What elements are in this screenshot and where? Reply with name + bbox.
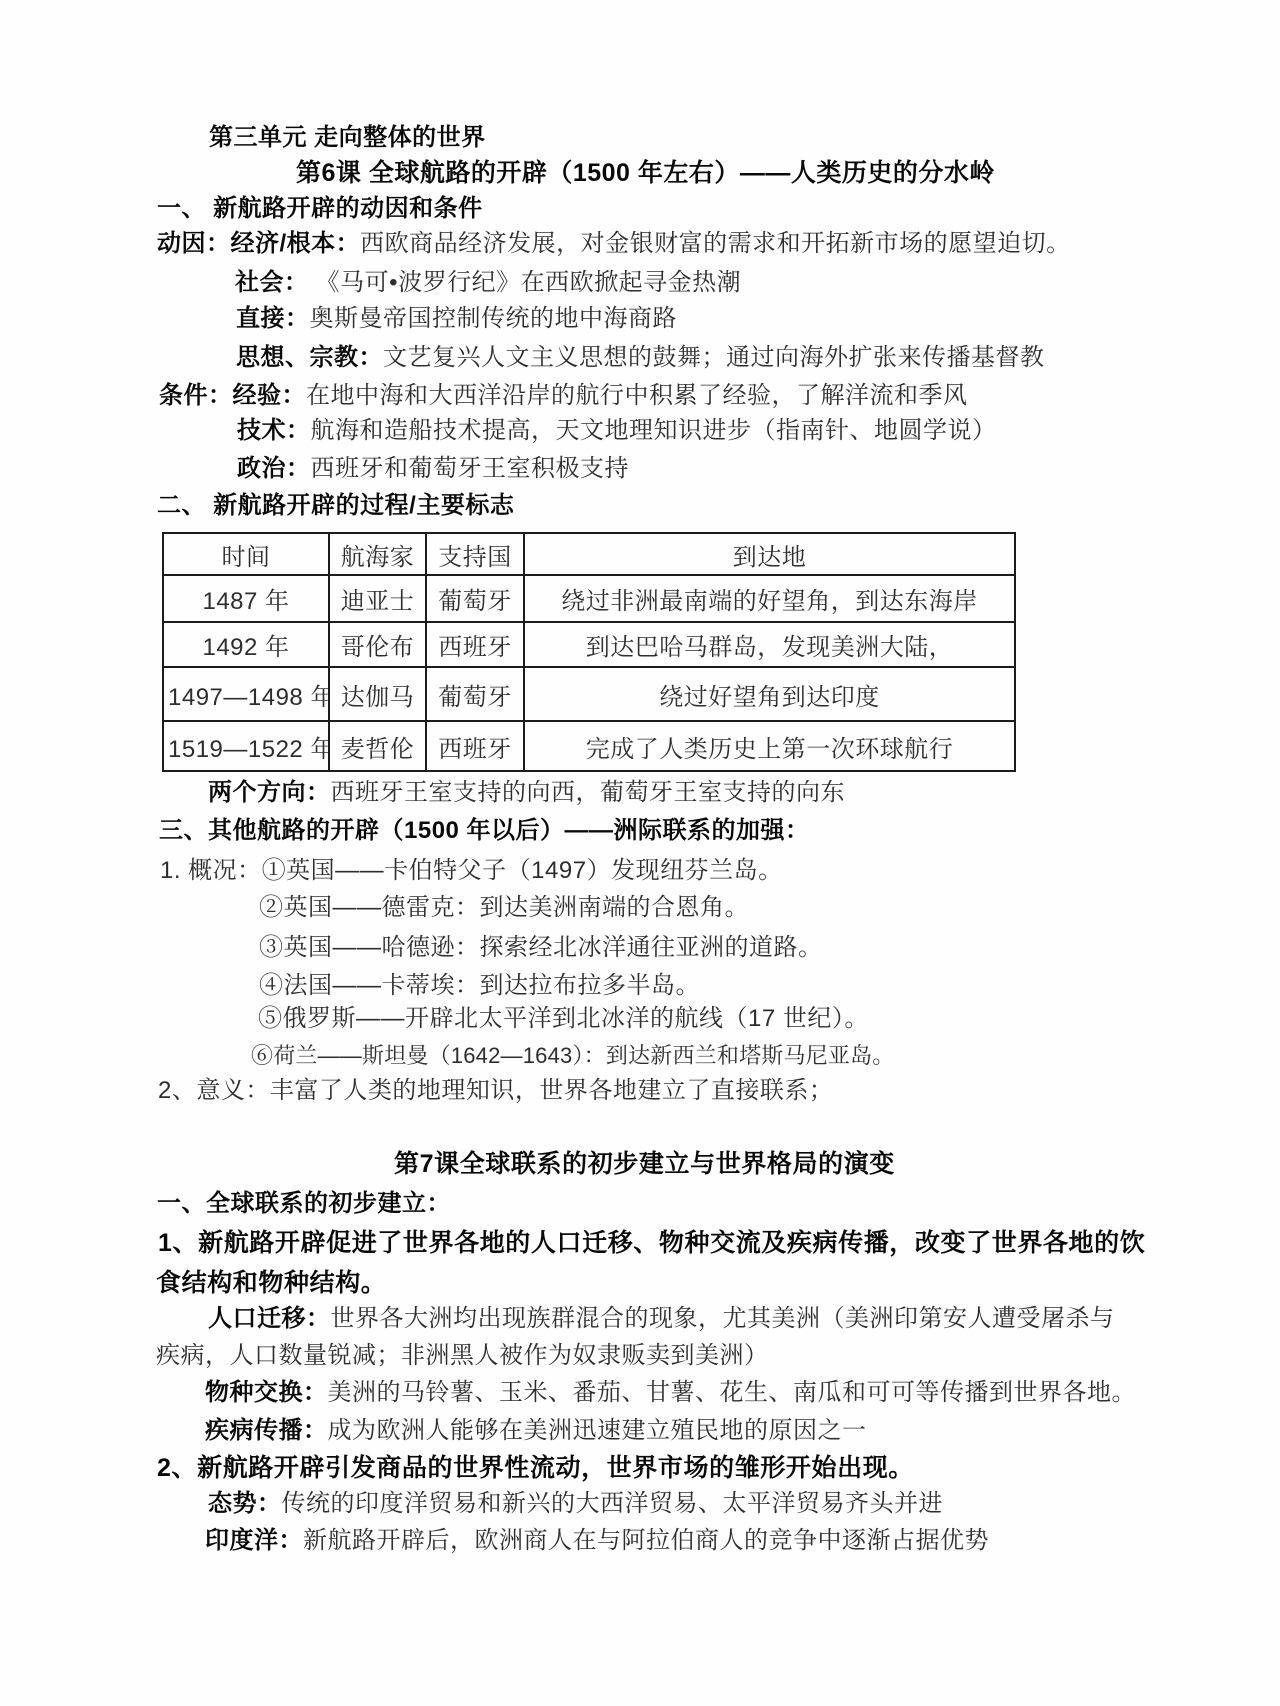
trend-label: 态势： xyxy=(208,1490,282,1517)
point1-line1: 1、新航路开辟促进了世界各地的人口迁移、物种交流及疾病传播，改变了世界各地的饮 xyxy=(158,1228,1145,1258)
migration-continuation: 疾病，人口数量锐减；非洲黑人被作为奴隶贩卖到美洲） xyxy=(156,1341,769,1371)
migration-label: 人口迁移： xyxy=(208,1305,331,1332)
condition-experience-label: 条件：经验： xyxy=(159,382,306,409)
motive-thought-label: 思想、宗教： xyxy=(236,344,383,371)
disease-spread-line: 疾病传播：成为欧洲人能够在美洲迅速建立殖民地的原因之一 xyxy=(205,1416,867,1446)
condition-tech-text: 航海和造船技术提高，天文地理知识进步（指南针、地圆学说） xyxy=(311,417,997,444)
condition-politics-line: 政治：西班牙和葡萄牙王室积极支持 xyxy=(237,454,629,484)
trend-line: 态势：传统的印度洋贸易和新兴的大西洋贸易、太平洋贸易齐头并进 xyxy=(208,1489,943,1519)
condition-experience-text: 在地中海和大西洋沿岸的航行中积累了经验，了解洋流和季风 xyxy=(306,382,968,409)
route-item-6: ⑥荷兰——斯坦曼（1642—1643）：到达新西兰和塔斯马尼亚岛。 xyxy=(251,1041,894,1071)
condition-politics-label: 政治： xyxy=(237,455,311,482)
header-navigator: 航海家 xyxy=(329,533,426,575)
two-directions-label: 两个方向： xyxy=(208,779,331,806)
table-row: 1519—1522 年 麦哲伦 西班牙 完成了人类历史上第一次环球航行 xyxy=(163,721,1015,771)
species-exchange-line: 物种交换：美洲的马铃薯、玉米、番茄、甘薯、花生、南瓜和可可等传播到世界各地。 xyxy=(205,1378,1136,1408)
species-exchange-label: 物种交换： xyxy=(205,1379,328,1406)
section2-heading: 二、 新航路开辟的过程/主要标志 xyxy=(157,491,514,521)
cell-destination: 到达巴哈马群岛，发现美洲大陆， xyxy=(524,622,1015,667)
two-directions-text: 西班牙王室支持的向西，葡萄牙王室支持的向东 xyxy=(331,779,846,806)
motive-direct-label: 直接： xyxy=(236,305,310,332)
motive-social-text: 《马可•波罗行纪》在西欧掀起寻金热潮 xyxy=(316,269,741,296)
voyages-table: 时间 航海家 支持国 到达地 1487 年 迪亚士 葡萄牙 绕过非洲最南端的好望… xyxy=(162,532,1016,772)
header-sponsor: 支持国 xyxy=(426,533,524,575)
motive-social-line: 社会： 《马可•波罗行纪》在西欧掀起寻金热潮 xyxy=(235,268,741,298)
disease-spread-label: 疾病传播： xyxy=(205,1417,328,1444)
disease-spread-text: 成为欧洲人能够在美洲迅速建立殖民地的原因之一 xyxy=(328,1417,867,1444)
cell-destination-boxed: 完成了人类历史上第一次环球航行 xyxy=(524,721,1015,771)
table-row: 1492 年 哥伦布 西班牙 到达巴哈马群岛，发现美洲大陆， xyxy=(163,622,1015,667)
cell-navigator: 达伽马 xyxy=(329,667,426,721)
overview-label: 1. 概况： xyxy=(160,857,262,884)
significance-line: 2、意义：丰富了人类的地理知识，世界各地建立了直接联系； xyxy=(158,1076,833,1106)
cell-navigator: 麦哲伦 xyxy=(329,721,426,771)
cell-navigator: 哥伦布 xyxy=(329,622,426,667)
table-row: 1487 年 迪亚士 葡萄牙 绕过非洲最南端的好望角，到达东海岸 xyxy=(163,575,1015,622)
section1-heading: 一、 新航路开辟的动因和条件 xyxy=(157,194,483,224)
route-item-4: ④法国——卡蒂埃：到达拉布拉多半岛。 xyxy=(259,971,700,1001)
table-row: 1497—1498 年 达伽马 葡萄牙 绕过好望角到达印度 xyxy=(163,667,1015,721)
cell-sponsor: 葡萄牙 xyxy=(426,667,524,721)
cell-destination: 绕过好望角到达印度 xyxy=(524,667,1015,721)
two-directions-line: 两个方向：西班牙王室支持的向西，葡萄牙王室支持的向东 xyxy=(208,778,845,808)
route-item-5: ⑤俄罗斯——开辟北太平洋到北冰洋的航线（17 世纪）。 xyxy=(258,1004,869,1034)
lesson6-title: 第6课 全球航路的开辟（1500 年左右）——人类历史的分水岭 xyxy=(296,158,995,188)
motive-economic-label: 动因：经济/根本： xyxy=(157,230,360,257)
header-time: 时间 xyxy=(163,533,329,575)
cell-sponsor: 葡萄牙 xyxy=(426,575,524,622)
unit-title: 第三单元 走向整体的世界 xyxy=(209,123,486,153)
table-header-row: 时间 航海家 支持国 到达地 xyxy=(163,533,1015,575)
cell-time: 1519—1522 年 xyxy=(163,721,329,771)
cell-navigator: 迪亚士 xyxy=(329,575,426,622)
lesson7-section1-heading: 一、全球联系的初步建立： xyxy=(157,1189,451,1219)
motive-thought-line: 思想、宗教：文艺复兴人文主义思想的鼓舞；通过向海外扩张来传播基督教 xyxy=(236,343,1045,373)
motive-economic-text: 西欧商品经济发展，对金银财富的需求和开拓新市场的愿望迫切。 xyxy=(360,230,1071,257)
cell-destination: 绕过非洲最南端的好望角，到达东海岸 xyxy=(524,575,1015,622)
condition-tech-label: 技术： xyxy=(237,417,311,444)
overview-line: 1. 概况：①英国——卡伯特父子（1497）发现纽芬兰岛。 xyxy=(160,856,783,886)
lesson7-title: 第7课全球联系的初步建立与世界格局的演变 xyxy=(394,1149,895,1179)
route-item-1: ①英国——卡伯特父子（1497）发现纽芬兰岛。 xyxy=(262,857,783,884)
point1-line2: 食结构和物种结构。 xyxy=(156,1268,386,1298)
route-item-2: ②英国——德雷克：到达美洲南端的合恩角。 xyxy=(259,893,749,923)
motive-direct-text: 奥斯曼帝国控制传统的地中海商路 xyxy=(310,305,678,332)
section3-heading: 三、其他航路的开辟（1500 年以后）——洲际联系的加强： xyxy=(159,816,810,846)
indian-ocean-label: 印度洋： xyxy=(205,1527,303,1554)
migration-text: 世界各大洲均出现族群混合的现象，尤其美洲（美洲印第安人遭受屠杀与 xyxy=(331,1305,1115,1332)
condition-tech-line: 技术：航海和造船技术提高，天文地理知识进步（指南针、地圆学说） xyxy=(237,416,997,446)
motive-thought-text: 文艺复兴人文主义思想的鼓舞；通过向海外扩张来传播基督教 xyxy=(383,344,1045,371)
cell-sponsor: 西班牙 xyxy=(426,622,524,667)
condition-experience-line: 条件：经验：在地中海和大西洋沿岸的航行中积累了经验，了解洋流和季风 xyxy=(159,381,968,411)
route-item-3: ③英国——哈德逊：探索经北冰洋通往亚洲的道路。 xyxy=(259,933,823,963)
condition-politics-text: 西班牙和葡萄牙王室积极支持 xyxy=(311,455,630,482)
cell-time: 1492 年 xyxy=(163,622,329,667)
cell-sponsor: 西班牙 xyxy=(426,721,524,771)
migration-line: 人口迁移：世界各大洲均出现族群混合的现象，尤其美洲（美洲印第安人遭受屠杀与 xyxy=(208,1304,1115,1334)
document-page: 第三单元 走向整体的世界 第6课 全球航路的开辟（1500 年左右）——人类历史… xyxy=(0,0,1280,1706)
cell-time: 1497—1498 年 xyxy=(163,667,329,721)
indian-ocean-line: 印度洋：新航路开辟后，欧洲商人在与阿拉伯商人的竞争中逐渐占据优势 xyxy=(205,1526,989,1556)
species-exchange-text: 美洲的马铃薯、玉米、番茄、甘薯、花生、南瓜和可可等传播到世界各地。 xyxy=(328,1379,1137,1406)
motive-direct-line: 直接：奥斯曼帝国控制传统的地中海商路 xyxy=(236,304,677,334)
indian-ocean-text: 新航路开辟后，欧洲商人在与阿拉伯商人的竞争中逐渐占据优势 xyxy=(303,1527,989,1554)
motive-economic-line: 动因：经济/根本：西欧商品经济发展，对金银财富的需求和开拓新市场的愿望迫切。 xyxy=(157,229,1071,259)
trend-text: 传统的印度洋贸易和新兴的大西洋贸易、太平洋贸易齐头并进 xyxy=(282,1490,944,1517)
motive-social-label: 社会： xyxy=(235,269,309,296)
cell-time: 1487 年 xyxy=(163,575,329,622)
point2-line: 2、新航路开辟引发商品的世界性流动，世界市场的雏形开始出现。 xyxy=(157,1453,914,1483)
header-destination: 到达地 xyxy=(524,533,1015,575)
